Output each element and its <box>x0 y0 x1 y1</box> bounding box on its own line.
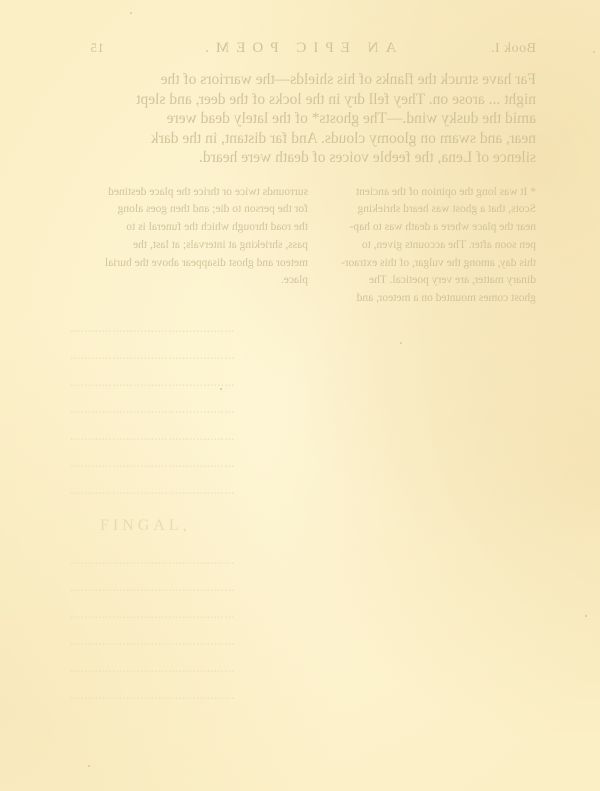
page-number: 15 <box>90 40 104 56</box>
text-line: silence of Lena, the feeble voices of de… <box>90 148 536 168</box>
footnote-line: for the person to die; and then goes alo… <box>90 201 308 219</box>
offset-line: ........................................… <box>70 342 540 369</box>
footnote-column-left: * It was long the opinion of the ancient… <box>318 184 536 309</box>
footnote-line: Scots, that a ghost was heard shrieking <box>318 201 536 219</box>
footnote-line: pen soon after. The accounts given, to <box>318 237 536 255</box>
offset-line: ........................................… <box>70 450 540 477</box>
offset-line: ........................................… <box>70 628 540 655</box>
footnote-line: pass, shrieking at intervals; at last, t… <box>90 237 308 255</box>
text-line: amid the dusky wind.—The ghosts* of the … <box>90 109 536 129</box>
facing-page-offset: ........................................… <box>70 315 540 709</box>
offset-line: ........................................… <box>70 477 540 504</box>
footnote-line: meteor and ghost disappear above the bur… <box>90 255 308 273</box>
running-title: AN EPIC POEM. <box>198 40 396 57</box>
footnote-line: dinary matter, are very poetical. The <box>318 272 536 290</box>
offset-heading: FINGAL, <box>100 512 540 539</box>
book-page: Book I. AN EPIC POEM. 15 Far have struck… <box>0 0 600 791</box>
paper-speck <box>593 51 595 53</box>
offset-line: ........................................… <box>70 547 540 574</box>
offset-line: ........................................… <box>70 655 540 682</box>
paper-speck <box>400 342 402 344</box>
book-label: Book I. <box>491 41 537 57</box>
footnote-column-right: surrounds twice or thrice the place dest… <box>90 184 308 309</box>
offset-line: ........................................… <box>70 423 540 450</box>
offset-line: ........................................… <box>70 682 540 709</box>
footnote-line: surrounds twice or thrice the place dest… <box>90 184 308 202</box>
text-line: Far have struck the flanks of his shield… <box>90 70 536 90</box>
offset-line: ........................................… <box>70 315 540 342</box>
paper-speck <box>220 388 222 390</box>
paper-speck <box>585 615 587 617</box>
mirrored-bleed-through: Book I. AN EPIC POEM. 15 Far have struck… <box>90 40 536 308</box>
body-text: Far have struck the flanks of his shield… <box>90 70 536 168</box>
paper-speck <box>88 765 90 767</box>
running-head: Book I. AN EPIC POEM. 15 <box>90 40 536 64</box>
offset-line: ........................................… <box>70 574 540 601</box>
offset-line: ........................................… <box>70 369 540 396</box>
footnote-line: the road through which the funeral is to <box>90 219 308 237</box>
footnote-line: this day, among the vulgar, of this extr… <box>318 255 536 273</box>
footnotes: * It was long the opinion of the ancient… <box>90 184 536 309</box>
footnote-line: * It was long the opinion of the ancient <box>318 184 536 202</box>
text-line: night ... arose on. They fell dry in the… <box>90 90 536 110</box>
offset-line: ........................................… <box>70 396 540 423</box>
footnote-line: near the place where a death was to hap- <box>318 219 536 237</box>
footnote-line: ghost comes mounted on a meteor, and <box>318 290 536 308</box>
offset-line: ........................................… <box>70 601 540 628</box>
text-line: near, and swam on gloomy clouds. And far… <box>90 129 536 149</box>
paper-speck <box>130 12 132 14</box>
footnote-line: place. <box>90 272 308 290</box>
